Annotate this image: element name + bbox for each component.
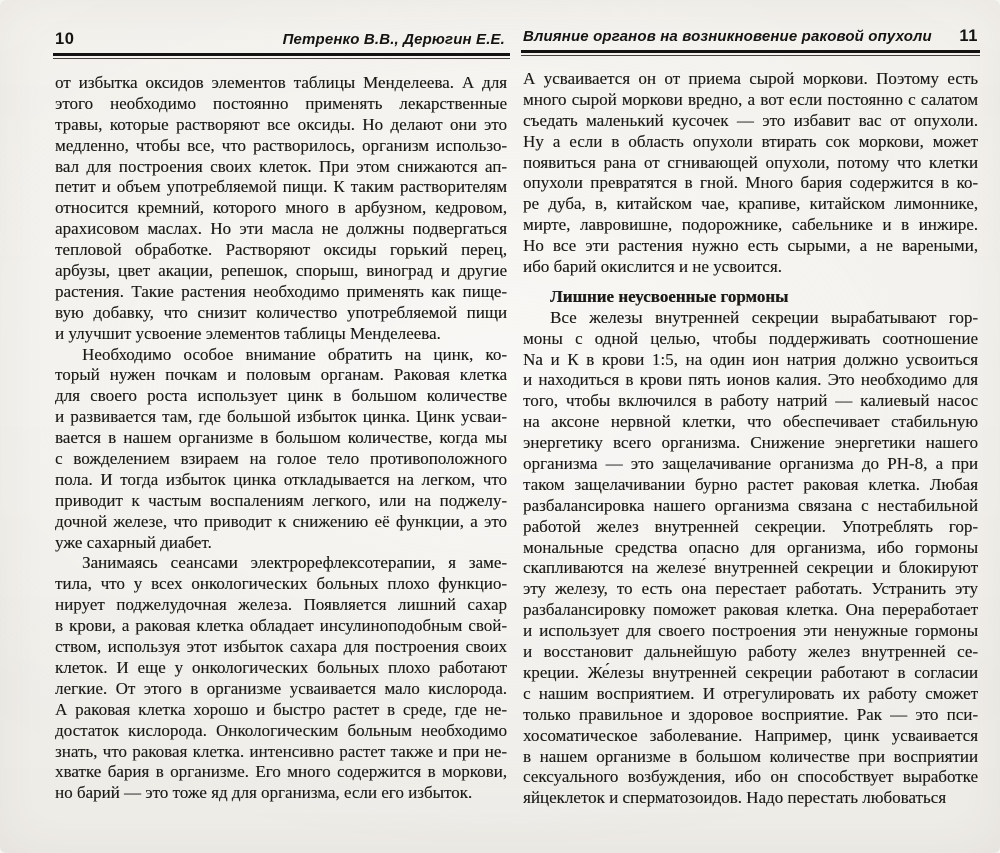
text-line: медленно, чтобы все, что растворилось, о… (55, 136, 507, 157)
text-line: растения. Такие растения необходимо прим… (55, 282, 507, 303)
text-line: достаток кислорода. Онкологическим больн… (55, 721, 507, 742)
text-line: но барий — это тоже яд для организма, ес… (55, 783, 507, 804)
text-line: А усваивается он от приема сырой моркови… (523, 69, 978, 90)
text-line: для своего роста использует цинк в больш… (55, 386, 507, 407)
text-line: уже сахарный диабет. (55, 533, 507, 554)
text-line: от избытка оксидов элементов таблицы Мен… (55, 73, 507, 94)
text-line: Все железы внутренней секреции вырабатыв… (523, 308, 978, 329)
text-line: того, чтобы включился в работу натрий — … (523, 391, 978, 412)
text-line: нирует поджелудочная железа. Появляется … (55, 595, 507, 616)
running-title-authors: Петренко В.В., Дерюгин Е.Е. (283, 31, 505, 48)
text-line: на аксоне нервной клетки, что обеспечива… (523, 412, 978, 433)
text-line: опухоли превратятся в гной. Много бария … (523, 173, 978, 194)
text-line: и улучшит усвоение элементов таблицы Мен… (55, 324, 507, 345)
text-line: и находиться в крови пять ионов калия. Э… (523, 370, 978, 391)
text-line: ибо барий окислится и не усвоится. (523, 257, 978, 278)
text-line: и восстановит дальнейшую работу желез вн… (523, 642, 978, 663)
text-line: организма — это защелачивание организма … (523, 454, 978, 475)
text-line: мирте, лавровишне, подорожнике, сабельни… (523, 215, 978, 236)
text-line: знать, что раковая клетка. интенсивно ра… (55, 742, 507, 763)
text-line: ством, используя этот избыток сахара для… (55, 637, 507, 658)
paragraph: Занимаясь сеансами электрорефлексотерапи… (55, 553, 507, 804)
text-line: Но все эти растения нужно есть сырыми, а… (523, 236, 978, 257)
page-body-left: от избытка оксидов элементов таблицы Мен… (55, 73, 507, 804)
text-line: мональные средства опасно для организма,… (523, 538, 978, 559)
text-line: яйцеклеток и сперматозоидов. Надо перест… (523, 788, 978, 809)
paragraph: А усваивается он от приема сырой моркови… (523, 69, 978, 278)
text-line: торый нужен почкам и половым органам. Ра… (55, 365, 507, 386)
text-line: А раковая клетка хорошо и быстро растет … (55, 700, 507, 721)
header-rule (53, 53, 510, 60)
text-line: легкие. От этого в организме усваивается… (55, 679, 507, 700)
page-header-right: Влияние органов на возникновение раковой… (523, 27, 978, 46)
text-line: много сырой моркови вредно, а вот если п… (523, 90, 978, 111)
page-number: 10 (55, 30, 75, 49)
text-line: этого необходимо постоянно применять лек… (55, 94, 507, 115)
text-line: Na и К в крови 1:5, на один ион натрия д… (523, 350, 978, 371)
text-line: вал для построения своих клеток. При это… (55, 157, 507, 178)
text-line: петит и объем употребляемой пищи. К таки… (55, 177, 507, 198)
text-line: Занимаясь сеансами электрорефлексотерапи… (55, 553, 507, 574)
text-line: арбузы, цвет акации, репешок, спорыш, ви… (55, 261, 507, 282)
paragraph: Все железы внутренней секреции вырабатыв… (523, 308, 978, 809)
text-line: вается в нашем организме в большом колич… (55, 428, 507, 449)
text-line: появиться рана от сгнивающей опухоли, по… (523, 153, 978, 174)
paragraph: Необходимо особое внимание обратить на ц… (55, 345, 507, 554)
text-line: Лишние неусвоенные гормоны (523, 287, 978, 308)
text-line: тепловой обработке. Растворяют оксиды го… (55, 240, 507, 261)
text-line: креции. Же́лезы внутренней секреции рабо… (523, 663, 978, 684)
text-line: клеток. И еще у онкологических больных п… (55, 658, 507, 679)
text-line: и использует для своего построения эти н… (523, 621, 978, 642)
text-line: съедать маленький кусочек — это избавит … (523, 111, 978, 132)
section-heading: Лишние неусвоенные гормоны (523, 287, 978, 308)
text-line: работой желез внутренней секреции. Употр… (523, 517, 978, 538)
text-line: энергетику всего организма. Снижение эне… (523, 433, 978, 454)
text-line: и развивается там, где большой избыток ц… (55, 407, 507, 428)
text-line: приводит к частым воспалениям легкого, и… (55, 491, 507, 512)
text-line: разбалансировку поможет раковая клетка. … (523, 600, 978, 621)
text-line: только правильное и здоровое восприятие.… (523, 705, 978, 726)
header-rule (521, 50, 980, 57)
text-line: арахисовом маслах. Но эти масла не должн… (55, 219, 507, 240)
text-line: скапливаются на железе́ внутренней секре… (523, 558, 978, 579)
text-line: в крови, а раковая клетка обладает инсул… (55, 616, 507, 637)
running-title-chapter: Влияние органов на возникновение раковой… (523, 28, 932, 45)
text-line: Ну а если в область опухоли втирать сок … (523, 132, 978, 153)
text-line: таком защелачивании бурно растет раковая… (523, 475, 978, 496)
text-line: хосоматическое заболевание. Например, ци… (523, 726, 978, 747)
text-line: разбалансировка нашего организма связана… (523, 496, 978, 517)
text-line: пола. И тогда избыток цинка откладываетс… (55, 470, 507, 491)
text-line: ре дуба, в, китайском чае, крапиве, кита… (523, 194, 978, 215)
text-line: моны с одной целью, чтобы поддерживать с… (523, 329, 978, 350)
page-number: 11 (959, 27, 978, 46)
text-line: сексуального возбуждения, ибо он способс… (523, 767, 978, 788)
text-line: травы, которые растворяют все оксиды. Но… (55, 115, 507, 136)
text-line: относится кремний, которого много в арбу… (55, 198, 507, 219)
text-line: хватке бария в организме. Его много соде… (55, 762, 507, 783)
text-line: с вожделением взираем на голое тело прот… (55, 449, 507, 470)
text-line: дочной железе, что приводит к снижению е… (55, 512, 507, 533)
paragraph: от избытка оксидов элементов таблицы Мен… (55, 73, 507, 345)
page-body-right: А усваивается он от приема сырой моркови… (523, 69, 978, 809)
text-line: вую добавку, что снизит количество употр… (55, 303, 507, 324)
text-line: с нашим восприятием. И отрегулировать их… (523, 684, 978, 705)
page-header-left: 10 Петренко В.В., Дерюгин Е.Е. (55, 30, 505, 49)
text-line: тила, что у всех онкологических больных … (55, 574, 507, 595)
text-line: эту железу, то есть она перестает работа… (523, 579, 978, 600)
text-line: в нашем организме в большом количестве п… (523, 747, 978, 768)
text-line: Необходимо особое внимание обратить на ц… (55, 345, 507, 366)
